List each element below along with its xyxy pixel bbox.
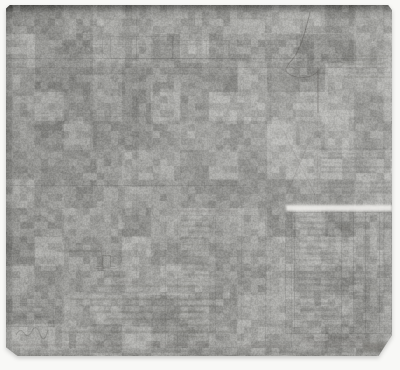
illegible-text-smudge <box>300 337 369 339</box>
table-cell-smudge <box>353 223 362 225</box>
table-cell-smudge <box>265 257 276 259</box>
faded-line <box>96 266 115 267</box>
table-cell-smudge <box>180 324 213 326</box>
illegible-text-smudge <box>346 72 396 74</box>
table-cell-smudge <box>180 237 204 239</box>
tick-mark <box>124 182 125 188</box>
right-data-table <box>285 212 392 334</box>
illegible-text-smudge <box>262 351 329 353</box>
table-cell-smudge <box>299 241 339 243</box>
faded-line <box>105 250 106 256</box>
table-cell-smudge <box>342 242 351 244</box>
illegible-text-smudge <box>299 341 364 343</box>
table-cell-smudge <box>340 229 350 231</box>
faded-line <box>102 36 103 58</box>
faded-rectangle <box>8 303 54 327</box>
dark-patch <box>364 286 378 292</box>
illegible-text-smudge <box>102 275 130 277</box>
faded-diagonal-line <box>291 67 297 70</box>
table-cell-smudge <box>298 247 330 249</box>
alignment-curve <box>286 12 318 113</box>
table-grid-line <box>215 215 216 346</box>
faded-line <box>94 268 117 269</box>
table-cell-smudge <box>182 262 207 264</box>
illegible-text-smudge <box>86 325 214 327</box>
table-grid-line <box>285 252 390 253</box>
table-cell-smudge <box>353 216 364 218</box>
faded-line <box>8 73 334 74</box>
table-cell-smudge <box>300 253 338 255</box>
faded-line <box>228 40 229 58</box>
illegible-text-smudge <box>343 59 382 61</box>
table-cell-smudge <box>264 250 273 252</box>
table-cell-smudge <box>366 310 375 312</box>
faded-diagonal-line <box>64 217 114 259</box>
table-grid-line <box>285 240 390 241</box>
table-cell-smudge <box>299 316 340 318</box>
faded-line <box>270 7 271 352</box>
table-cell-smudge <box>241 336 249 338</box>
table-cell-smudge <box>214 257 223 259</box>
table-cell-smudge <box>340 278 347 280</box>
faded-line <box>8 256 390 257</box>
table-cell-smudge <box>352 247 359 249</box>
table-cell-smudge <box>182 225 211 227</box>
faded-line <box>206 40 207 58</box>
table-cell-smudge <box>180 305 214 307</box>
table-cell-smudge <box>340 316 350 318</box>
table-cell-smudge <box>300 266 323 268</box>
table-cell-smudge <box>377 310 387 312</box>
white-tape-strip <box>286 205 392 211</box>
illegible-text-smudge <box>177 210 236 212</box>
tick-mark <box>60 182 61 188</box>
table-grid-line <box>285 302 390 303</box>
tick-mark <box>204 182 205 188</box>
table-cell-smudge <box>264 306 270 308</box>
illegible-text-smudge <box>95 285 199 287</box>
table-grid-line <box>177 215 178 346</box>
table-cell-smudge <box>364 216 374 218</box>
faded-line <box>101 240 102 282</box>
table-cell-smudge <box>242 268 251 270</box>
table-cell-smudge <box>264 275 271 277</box>
table-grid-line <box>285 227 390 228</box>
faded-diagonal-line <box>283 130 315 195</box>
table-grid-line <box>285 265 390 266</box>
faded-diagonal-line <box>286 132 313 196</box>
table-cell-smudge <box>340 285 350 287</box>
table-grid-line <box>294 212 295 332</box>
table-cell-smudge <box>181 317 204 319</box>
table-cell-smudge <box>214 269 221 271</box>
tick-mark <box>156 182 157 188</box>
illegible-text-smudge <box>238 345 287 347</box>
table-cell-smudge <box>214 293 224 295</box>
table-grid-line <box>285 315 390 316</box>
table-cell-smudge <box>352 254 362 256</box>
table-cell-smudge <box>182 330 202 332</box>
table-cell-smudge <box>264 317 273 319</box>
tick-mark <box>28 182 29 188</box>
table-cell-smudge <box>214 262 220 264</box>
faded-line <box>136 36 137 58</box>
table-cell-smudge <box>240 281 247 283</box>
table-cell-smudge <box>341 267 351 269</box>
illegible-text-smudge <box>83 292 221 294</box>
table-cell-smudge <box>379 304 388 306</box>
table-cell-smudge <box>342 254 350 256</box>
tick-mark <box>108 182 109 188</box>
table-cell-smudge <box>214 287 222 289</box>
table-cell-smudge <box>299 260 325 262</box>
tick-mark <box>76 182 77 188</box>
table-grid-line <box>285 321 390 322</box>
table-cell-smudge <box>365 279 373 281</box>
illegible-text-smudge <box>221 18 267 20</box>
table-grid-line <box>241 215 242 346</box>
table-cell-smudge <box>297 303 332 305</box>
table-cell-smudge <box>264 288 271 290</box>
illegible-text-smudge <box>105 318 195 320</box>
illegible-text-smudge <box>318 162 372 164</box>
faded-rectangle <box>172 40 230 59</box>
table-cell-smudge <box>299 322 335 324</box>
table-cell-smudge <box>380 273 388 275</box>
table-cell-smudge <box>378 291 385 293</box>
table-grid-line <box>285 327 390 328</box>
table-cell-smudge <box>342 236 352 238</box>
illegible-text-smudge <box>319 187 389 189</box>
illegible-text-smudge <box>101 18 140 20</box>
table-cell-smudge <box>298 291 326 293</box>
illegible-text-smudge <box>68 298 234 300</box>
table-cell-smudge <box>354 272 365 274</box>
table-cell-smudge <box>181 287 201 289</box>
table-cell-smudge <box>181 336 204 338</box>
table-grid-line <box>285 234 390 235</box>
table-cell-smudge <box>265 220 273 222</box>
faded-line <box>317 67 318 213</box>
tick-mark <box>12 182 13 188</box>
illegible-text-smudge <box>9 311 40 313</box>
table-grid-line <box>285 259 390 260</box>
illegible-text-smudge <box>306 345 380 347</box>
illegible-text-smudge <box>166 18 207 20</box>
table-cell-smudge <box>353 278 364 280</box>
illegible-text-smudge <box>75 243 91 245</box>
illegible-text-smudge <box>76 305 222 307</box>
table-cell-smudge <box>354 291 360 293</box>
table-cell-smudge <box>365 272 373 274</box>
table-cell-smudge <box>380 242 390 244</box>
faded-line <box>8 58 388 59</box>
illegible-text-smudge <box>89 311 207 313</box>
table-cell-smudge <box>215 250 224 252</box>
illegible-text-smudge <box>48 18 85 20</box>
table-cell-smudge <box>183 274 213 276</box>
table-cell-smudge <box>378 260 389 262</box>
scan-background <box>0 0 400 370</box>
drawing-marks-layer <box>6 5 392 356</box>
table-cell-smudge <box>181 231 213 233</box>
table-cell-smudge <box>239 250 250 252</box>
table-grid-line <box>353 212 354 332</box>
illegible-text-smudge <box>343 76 393 78</box>
table-cell-smudge <box>298 284 338 286</box>
illegible-text-smudge <box>342 63 384 65</box>
tick-mark <box>44 182 45 188</box>
illegible-text-smudge <box>321 166 391 168</box>
illegible-text-smudge <box>319 191 389 193</box>
illegible-text-smudge <box>12 316 49 318</box>
vector-marks-layer <box>6 5 392 356</box>
faded-rectangle <box>110 36 174 59</box>
faded-diagonal-line <box>299 57 305 61</box>
table-grid-line <box>285 277 390 278</box>
illegible-text-smudge <box>13 344 130 346</box>
table-cell-smudge <box>298 222 337 224</box>
illegible-text-smudge <box>55 250 101 252</box>
tick-mark <box>220 182 221 188</box>
illegible-text-smudge <box>278 18 310 20</box>
table-cell-smudge <box>339 260 348 262</box>
illegible-text-smudge <box>344 55 393 57</box>
tick-mark <box>140 182 141 188</box>
table-cell-smudge <box>378 254 384 256</box>
table-cell-smudge <box>352 267 361 269</box>
dark-patch <box>339 224 351 232</box>
table-cell-smudge <box>364 285 374 287</box>
table-cell-smudge <box>242 219 249 221</box>
table-grid-line <box>285 221 390 222</box>
table-cell-smudge <box>266 226 272 228</box>
faded-line <box>10 44 328 45</box>
illegible-text-smudge <box>319 148 387 150</box>
table-cell-smudge <box>300 297 329 299</box>
table-cell-smudge <box>299 228 336 230</box>
illegible-text-smudge <box>343 68 388 70</box>
table-cell-smudge <box>239 263 249 265</box>
tick-mark <box>172 182 173 188</box>
table-cell-smudge <box>265 238 273 240</box>
table-cell-smudge <box>215 231 224 233</box>
table-grid-line <box>285 308 390 309</box>
table-cell-smudge <box>353 261 363 263</box>
table-grid-line <box>365 212 366 332</box>
table-cell-smudge <box>214 275 220 277</box>
faded-diagonal-line <box>306 45 312 48</box>
illegible-text-smudge <box>320 153 379 155</box>
stamp-mark <box>363 342 387 352</box>
illegible-text-smudge <box>317 196 385 198</box>
table-cell-smudge <box>378 297 389 299</box>
table-cell-smudge <box>364 297 371 299</box>
table-cell-smudge <box>241 275 250 277</box>
faded-rectangle <box>102 255 111 268</box>
faded-line <box>98 270 113 271</box>
table-cell-smudge <box>181 293 210 295</box>
table-grid-line <box>285 271 390 272</box>
table-grid-line <box>285 296 390 297</box>
table-cell-smudge <box>378 285 387 287</box>
table-grid-line <box>379 212 380 332</box>
scanned-drawing-sheet <box>6 5 392 356</box>
table-cell-smudge <box>378 266 384 268</box>
illegible-text-smudge <box>138 350 227 352</box>
table-cell-smudge <box>364 292 374 294</box>
table-cell-smudge <box>181 311 204 313</box>
faded-diagonal-line <box>258 195 288 211</box>
faded-line <box>8 67 388 68</box>
table-grid-line <box>285 290 390 291</box>
tick-mark <box>188 182 189 188</box>
table-cell-smudge <box>378 317 388 319</box>
table-grid-line <box>285 246 390 247</box>
faded-line <box>136 7 137 352</box>
table-cell-smudge <box>240 306 247 308</box>
table-cell-smudge <box>366 260 377 262</box>
table-cell-smudge <box>183 256 210 258</box>
faded-line <box>8 185 246 186</box>
table-cell-smudge <box>213 336 221 338</box>
table-cell-smudge <box>300 216 330 218</box>
table-cell-smudge <box>379 229 389 231</box>
middle-data-table <box>165 215 292 348</box>
table-cell-smudge <box>216 312 225 314</box>
table-cell-smudge <box>364 247 374 249</box>
illegible-text-smudge <box>59 331 237 333</box>
illegible-text-smudge <box>319 182 390 184</box>
table-cell-smudge <box>298 278 334 280</box>
table-cell-smudge <box>182 281 207 283</box>
table-cell-smudge <box>183 250 217 252</box>
illegible-text-smudge <box>320 171 376 173</box>
table-cell-smudge <box>214 306 223 308</box>
drawing-sheet-wrap <box>6 5 392 356</box>
table-cell-smudge <box>179 244 209 246</box>
table-cell-smudge <box>264 244 271 246</box>
faded-line <box>8 116 390 117</box>
faded-diagonal-line <box>26 205 76 241</box>
table-cell-smudge <box>300 235 338 237</box>
table-cell-smudge <box>180 299 203 301</box>
signature-scribble <box>16 328 48 339</box>
faded-line <box>172 36 173 58</box>
illegible-text-smudge <box>318 157 390 159</box>
tick-mark <box>92 182 93 188</box>
table-cell-smudge <box>378 235 384 237</box>
illegible-text-smudge <box>11 306 43 308</box>
illegible-text-smudge <box>144 344 211 346</box>
faded-line <box>8 113 140 114</box>
table-grid-line <box>265 215 266 346</box>
table-grid-line <box>341 212 342 332</box>
table-cell-smudge <box>263 337 274 339</box>
table-cell-smudge <box>351 309 359 311</box>
illegible-text-smudge <box>24 350 96 352</box>
tick-mark <box>236 182 237 188</box>
table-cell-smudge <box>180 219 208 221</box>
table-grid-line <box>285 283 390 284</box>
table-cell-smudge <box>298 309 338 311</box>
table-cell-smudge <box>299 272 327 274</box>
illegible-text-smudge <box>118 281 139 283</box>
table-cell-smudge <box>182 268 207 270</box>
